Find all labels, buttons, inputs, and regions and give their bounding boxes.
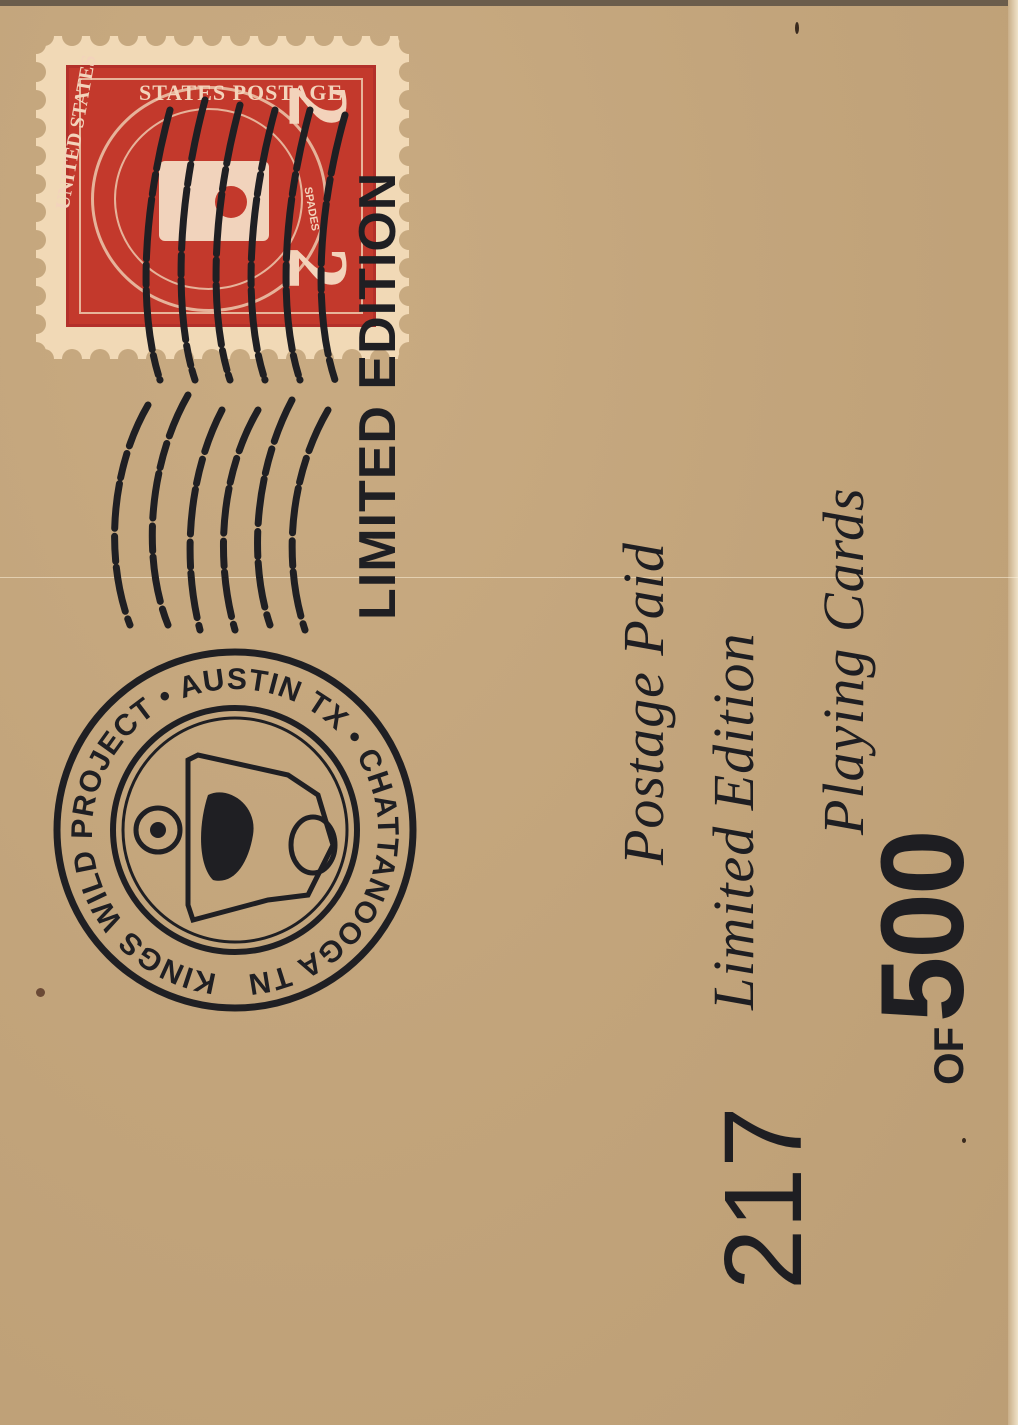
paper-speck bbox=[36, 988, 45, 997]
playing-card-stamp-icon bbox=[159, 161, 269, 241]
handwriting-line-2: Limited Edition bbox=[700, 633, 767, 1011]
stamp-value-top: 2 bbox=[269, 85, 369, 128]
serial-number: 217 bbox=[700, 1106, 827, 1290]
limited-edition-postmark: LIMITED EDITION bbox=[348, 172, 408, 620]
edition-total-number: 500 bbox=[857, 831, 989, 1022]
kings-wild-seal: KINGS WILD PROJECT • AUSTIN TX • CHATTAN… bbox=[48, 645, 423, 1015]
of-label: OF bbox=[925, 1027, 972, 1085]
king-bust-seal-icon: KINGS WILD PROJECT • AUSTIN TX • CHATTAN… bbox=[48, 645, 423, 1015]
handwriting-line-1: Postage Paid bbox=[610, 542, 677, 865]
box-top-edge bbox=[0, 0, 1018, 6]
paper-speck bbox=[962, 1138, 966, 1143]
stamp-engraving: STATES POSTAGE UNITED STATES 2 2 SPADES bbox=[66, 65, 376, 327]
spade-pip-icon bbox=[215, 186, 247, 218]
edition-total: OF 500 bbox=[855, 831, 991, 1085]
handwriting-line-3: Playing Cards bbox=[810, 487, 877, 835]
paper-speck bbox=[795, 22, 799, 34]
box-right-edge bbox=[1008, 0, 1018, 1425]
